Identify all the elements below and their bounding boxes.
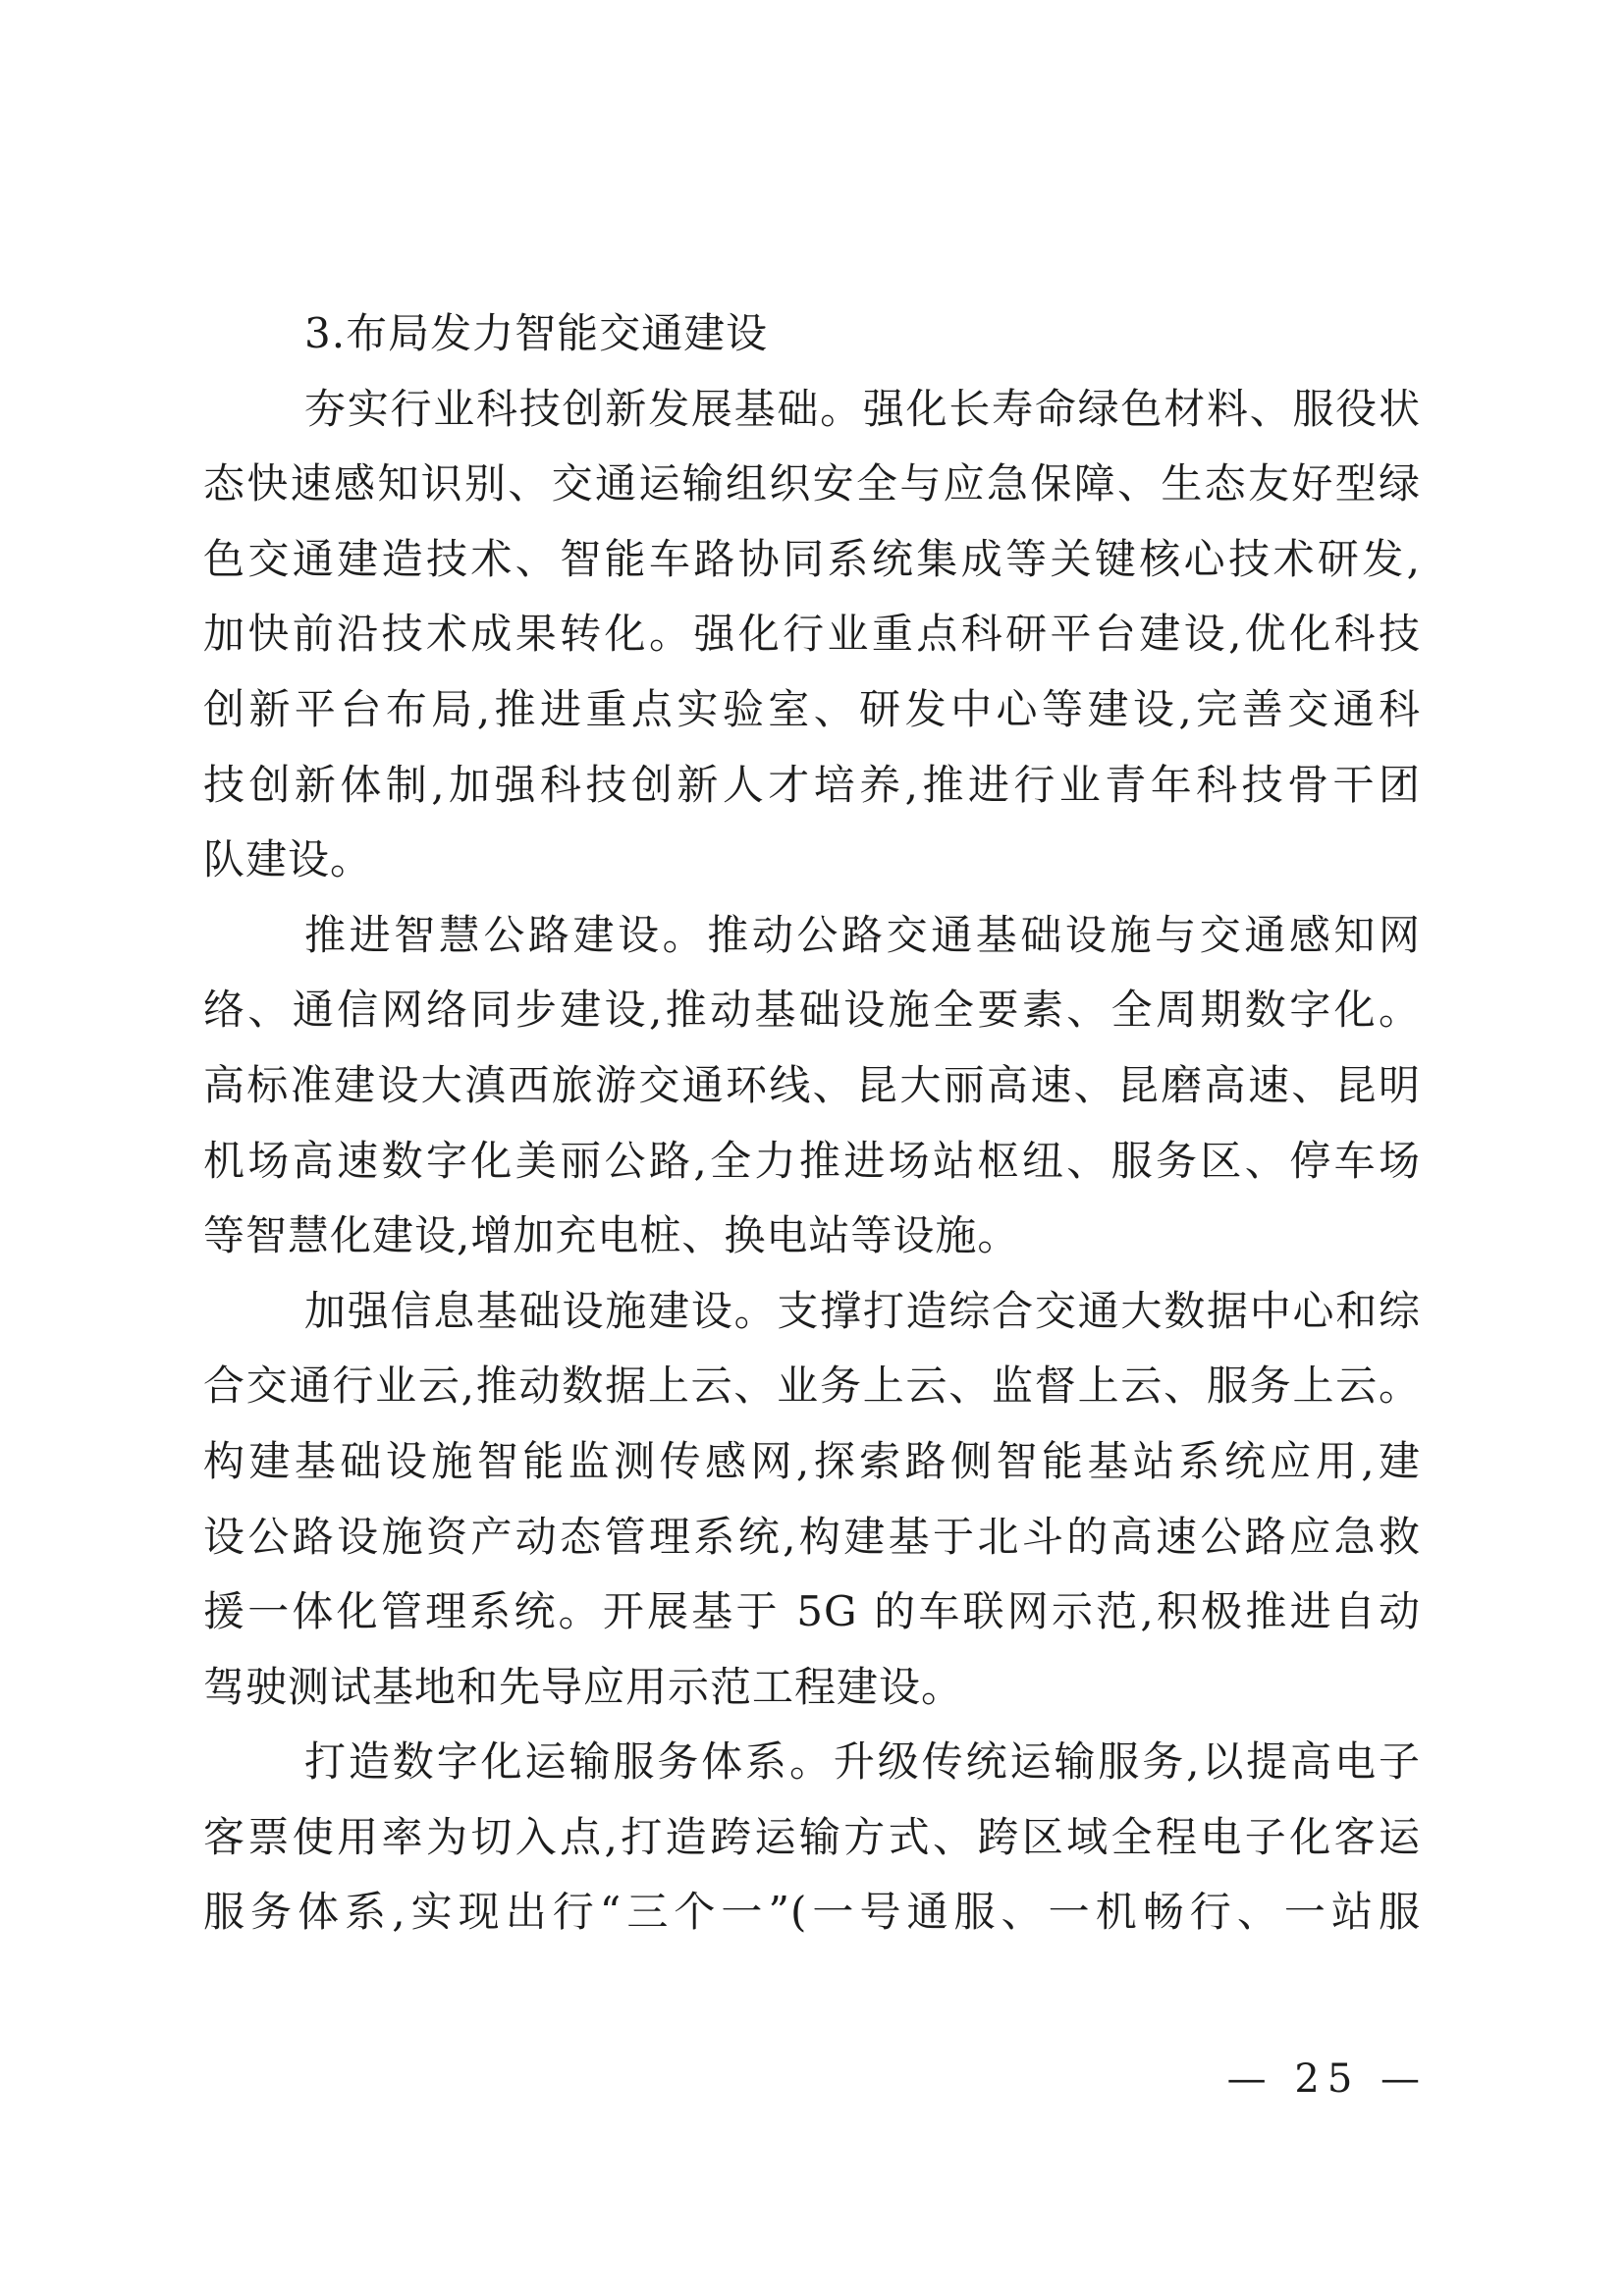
text-line: 客票使用率为切入点,打造跨运输方式、跨区域全程电子化客运: [203, 1800, 1421, 1876]
page-number: — 25 —: [1227, 2055, 1428, 2104]
text-line: 打造数字化运输服务体系。升级传统运输服务,以提高电子: [203, 1725, 1421, 1800]
document-page: 3.布局发力智能交通建设 夯实行业科技创新发展基础。强化长寿命绿色材料、服役状 …: [0, 0, 1624, 2296]
text-line: 创新平台布局,推进重点实验室、研发中心等建设,完善交通科: [203, 672, 1421, 748]
document-body: 3.布局发力智能交通建设 夯实行业科技创新发展基础。强化长寿命绿色材料、服役状 …: [203, 296, 1421, 1950]
section-heading: 3.布局发力智能交通建设: [203, 296, 1421, 372]
text-line: 推进智慧公路建设。推动公路交通基础设施与交通感知网: [203, 898, 1421, 974]
text-line: 夯实行业科技创新发展基础。强化长寿命绿色材料、服役状: [203, 372, 1421, 448]
text-line: 等智慧化建设,增加充电桩、换电站等设施。: [203, 1199, 1421, 1274]
text-line: 色交通建造技术、智能车路协同系统集成等关键核心技术研发,: [203, 522, 1421, 598]
text-line: 合交通行业云,推动数据上云、业务上云、监督上云、服务上云。: [203, 1349, 1421, 1424]
text-line: 络、通信网络同步建设,推动基础设施全要素、全周期数字化。: [203, 973, 1421, 1048]
text-line: 机场高速数字化美丽公路,全力推进场站枢纽、服务区、停车场: [203, 1124, 1421, 1200]
text-line: 态快速感知识别、交通运输组织安全与应急保障、生态友好型绿: [203, 447, 1421, 522]
text-line: 技创新体制,加强科技创新人才培养,推进行业青年科技骨干团: [203, 748, 1421, 824]
text-line: 驾驶测试基地和先导应用示范工程建设。: [203, 1650, 1421, 1726]
text-line: 构建基础设施智能监测传感网,探索路侧智能基站系统应用,建: [203, 1424, 1421, 1500]
text-line: 加快前沿技术成果转化。强化行业重点科研平台建设,优化科技: [203, 597, 1421, 672]
text-line: 高标准建设大滇西旅游交通环线、昆大丽高速、昆磨高速、昆明: [203, 1048, 1421, 1124]
text-line: 加强信息基础设施建设。支撑打造综合交通大数据中心和综: [203, 1274, 1421, 1350]
text-line: 服务体系,实现出行“三个一”(一号通服、一机畅行、一站服: [203, 1875, 1421, 1950]
text-line: 设公路设施资产动态管理系统,构建基于北斗的高速公路应急救: [203, 1500, 1421, 1575]
text-line: 队建设。: [203, 823, 1421, 898]
text-line: 援一体化管理系统。开展基于 5G 的车联网示范,积极推进自动: [203, 1575, 1421, 1650]
